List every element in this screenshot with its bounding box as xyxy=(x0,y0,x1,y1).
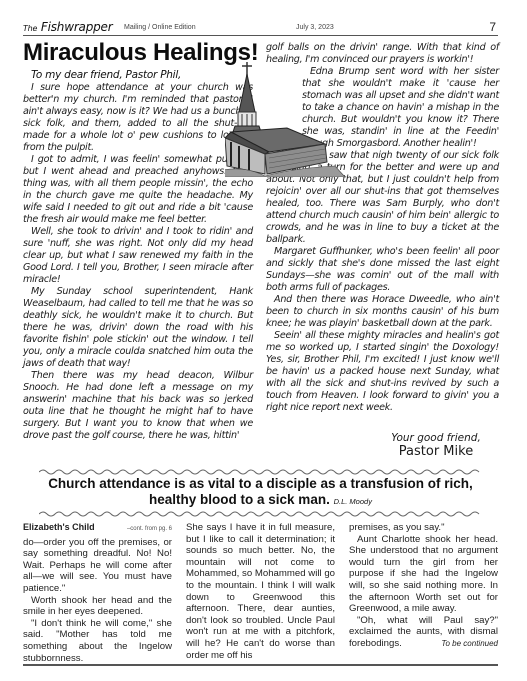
letter-paragraph: And then there was Horace Dweedle, who a… xyxy=(266,294,499,330)
story-column-2: She says I have it in full measure, but … xyxy=(186,522,335,661)
wavy-divider-bottom xyxy=(39,510,483,518)
story-column-3: premises, as you say." Aunt Charlotte sh… xyxy=(349,522,498,650)
story-paragraph: do—order you off the premises, or say so… xyxy=(23,537,172,595)
letter-signature: Pastor Mike xyxy=(376,444,496,459)
story-paragraph: Worth shook her head and the smile in he… xyxy=(23,595,172,618)
pull-quote: Church attendance is as vital to a disci… xyxy=(23,476,498,510)
church-illustration xyxy=(225,62,345,177)
to-be-continued-label: To be continued xyxy=(433,638,498,650)
publication-name-text: Fishwrapper xyxy=(41,20,113,34)
letter-paragraph: Seein' all these mighty miracles and hea… xyxy=(266,330,499,414)
continued-from-label: –cont. from pg. 6 xyxy=(127,524,172,536)
wavy-divider-top xyxy=(39,468,483,476)
story-paragraph: She says I have it in full measure, but … xyxy=(186,522,335,661)
letter-closing: Your good friend, xyxy=(376,432,496,444)
story-header: Elizabeth's Child –cont. from pg. 6 xyxy=(23,522,172,536)
article-headline: Miraculous Healings! xyxy=(23,40,258,66)
story-title: Elizabeth's Child xyxy=(23,522,95,534)
page-number: 7 xyxy=(489,20,496,34)
bottom-rule xyxy=(23,664,498,666)
masthead: The Fishwrapper Mailing / Online Edition… xyxy=(23,20,498,36)
letter-column-left: To my dear friend, Pastor Phil, I sure h… xyxy=(23,68,253,442)
quote-attribution: D.L. Moody xyxy=(334,497,372,506)
publication-name-prefix: The xyxy=(23,24,37,33)
letter-signoff: Your good friend, Pastor Mike xyxy=(376,432,496,459)
letter-salutation: To my dear friend, Pastor Phil, xyxy=(31,68,253,82)
edition-label: Mailing / Online Edition xyxy=(124,24,196,31)
story-paragraph: "I don't think he will come," she said. … xyxy=(23,618,172,664)
story-paragraph: premises, as you say." xyxy=(349,522,498,534)
issue-date: July 3, 2023 xyxy=(296,24,334,31)
letter-paragraph: My Sunday school superintendent, Hank We… xyxy=(23,286,253,370)
letter-paragraph: Then there was my head deacon, Wilbur Sn… xyxy=(23,370,253,442)
quote-text: Church attendance is as vital to a disci… xyxy=(48,476,473,507)
letter-paragraph: I sure hope attendance at your church wa… xyxy=(23,82,253,154)
publication-name: The Fishwrapper xyxy=(23,20,112,34)
story-paragraph: Aunt Charlotte shook her head. She under… xyxy=(349,534,498,615)
letter-paragraph: Well, she took to drivin' and I took to … xyxy=(23,226,253,286)
story-column-1: Elizabeth's Child –cont. from pg. 6 do—o… xyxy=(23,522,172,664)
letter-paragraph: Margaret Guffhunker, who's been feelin' … xyxy=(266,246,499,294)
newspaper-page: The Fishwrapper Mailing / Online Edition… xyxy=(23,0,498,681)
letter-paragraph: I got to admit, I was feelin' somewhat p… xyxy=(23,154,253,226)
story-paragraph: "Oh, what will Paul say?" exclaimed the … xyxy=(349,615,498,650)
